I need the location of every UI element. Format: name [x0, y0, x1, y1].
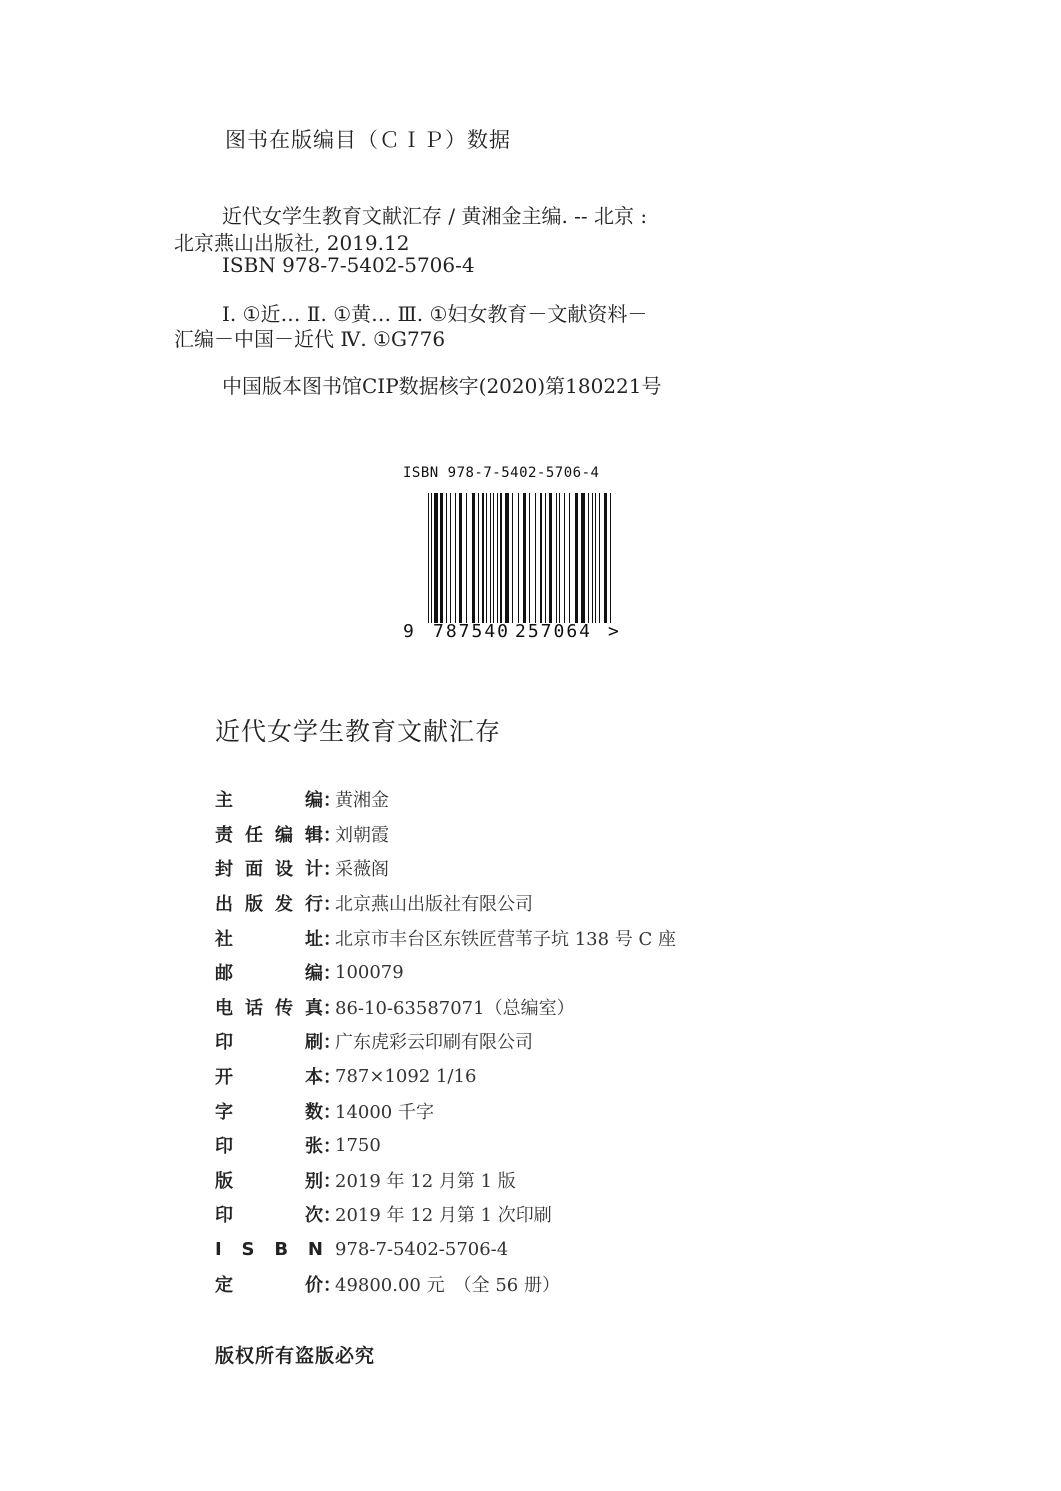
info-label: ISBN: [215, 1239, 323, 1260]
barcode-bar: [500, 493, 502, 623]
info-row: 印张：1750: [215, 1128, 676, 1163]
barcode-bar: [592, 493, 593, 623]
info-label-char: 真: [305, 994, 323, 1020]
info-row: 印刷：广东虎彩云印刷有限公司: [215, 1024, 676, 1059]
barcode-left-group: 787540: [433, 621, 510, 642]
info-value: 978-7-5402-5706-4: [335, 1239, 508, 1260]
info-value: 采薇阁: [335, 855, 389, 881]
info-label: 封面设计: [215, 855, 323, 881]
info-value: 刘朝霞: [335, 821, 389, 847]
book-title: 近代女学生教育文献汇存: [215, 712, 501, 748]
info-label: 主编: [215, 786, 323, 812]
info-value: 49800.00 元 （全 56 册）: [335, 1271, 560, 1297]
barcode-bar: [497, 493, 498, 623]
barcode-bar: [564, 493, 565, 623]
info-row: 印次：2019 年 12 月第 1 次印刷: [215, 1197, 676, 1232]
info-row: 版别：2019 年 12 月第 1 版: [215, 1163, 676, 1198]
barcode-bar: [446, 493, 447, 623]
info-label-char: 任: [245, 821, 263, 847]
info-label-char: 开: [215, 1063, 233, 1089]
info-label-char: 邮: [215, 959, 233, 985]
info-label-char: 编: [305, 959, 323, 985]
info-label-char: 编: [305, 786, 323, 812]
info-label-char: 面: [245, 855, 263, 881]
info-separator: ：: [323, 1028, 335, 1054]
info-label-char: S: [242, 1239, 255, 1260]
info-label-char: 次: [305, 1201, 323, 1227]
barcode-bar: [518, 493, 519, 623]
info-label: 邮编: [215, 959, 323, 985]
info-label-char: 责: [215, 821, 233, 847]
barcode-bar: [455, 493, 456, 623]
info-value: 黄湘金: [335, 786, 389, 812]
info-separator: ：: [323, 786, 335, 812]
info-label-char: 发: [275, 890, 293, 916]
info-row: ISBN 978-7-5402-5706-4: [215, 1232, 676, 1267]
barcode-bar: [549, 493, 552, 623]
info-separator: ：: [323, 1167, 335, 1193]
info-row: 出版发行：北京燕山出版社有限公司: [215, 886, 676, 921]
barcode-bar: [595, 493, 596, 623]
info-label-char: 印: [215, 1028, 233, 1054]
barcode-right-group: 257064: [515, 621, 592, 642]
barcode-first-digit: 9: [403, 621, 414, 642]
barcode-bar: [440, 493, 443, 623]
barcode-bar: [575, 493, 578, 623]
barcode-quiet-mark: >: [608, 621, 619, 642]
info-value: 14000 千字: [335, 1098, 434, 1124]
info-label-char: N: [308, 1239, 323, 1260]
info-label-char: 数: [305, 1098, 323, 1124]
info-label-char: 刷: [305, 1028, 323, 1054]
barcode-bar: [604, 493, 607, 623]
info-label: 印张: [215, 1132, 323, 1158]
info-value: 1750: [335, 1135, 381, 1156]
cip-heading: 图书在版编目（ＣＩＰ）数据: [225, 124, 511, 154]
barcode-bar: [450, 493, 451, 623]
barcode-bar: [493, 493, 494, 623]
barcode-bar: [482, 493, 484, 623]
barcode-isbn-text: ISBN 978-7-5402-5706-4: [403, 465, 599, 481]
info-separator: ：: [323, 1201, 335, 1227]
info-label-char: 社: [215, 925, 233, 951]
barcode-bar: [529, 493, 530, 623]
info-label: 电话传真: [215, 994, 323, 1020]
info-label: 印刷: [215, 1028, 323, 1054]
barcode-bar: [588, 493, 589, 623]
info-separator: ：: [323, 1271, 335, 1297]
barcode-bar: [545, 493, 546, 623]
isbn-barcode: ISBN 978-7-5402-5706-4 9 787540 257064 >: [403, 465, 628, 645]
info-row: 电话传真：86-10-63587071（总编室）: [215, 990, 676, 1025]
barcode-bar: [431, 493, 432, 623]
barcode-bar: [559, 493, 560, 623]
copyright-notice: 版权所有盗版必究: [215, 1341, 375, 1368]
barcode-bars: [428, 493, 613, 623]
info-separator: ：: [323, 994, 335, 1020]
info-row: 字数：14000 千字: [215, 1093, 676, 1128]
info-label-char: 主: [215, 786, 233, 812]
info-label-char: 字: [215, 1098, 233, 1124]
info-separator: ：: [323, 959, 335, 985]
barcode-bar: [599, 493, 600, 623]
info-value: 787×1092 1/16: [335, 1066, 476, 1087]
info-label-char: 传: [275, 994, 293, 1020]
barcode-bar: [428, 493, 429, 623]
info-separator: ：: [323, 821, 335, 847]
barcode-bar: [478, 493, 479, 623]
info-label: 字数: [215, 1098, 323, 1124]
info-label-char: 本: [305, 1063, 323, 1089]
barcode-bar: [540, 493, 542, 623]
info-label: 印次: [215, 1201, 323, 1227]
barcode-bar: [581, 493, 585, 623]
info-row: 邮编：100079: [215, 955, 676, 990]
info-label: 版别: [215, 1167, 323, 1193]
info-label: 社址: [215, 925, 323, 951]
info-label-char: 电: [215, 994, 233, 1020]
barcode-bar: [505, 493, 509, 623]
info-label-char: 别: [305, 1167, 323, 1193]
info-label-char: 出: [215, 890, 233, 916]
cip-line-publisher: 北京燕山出版社, 2019.12: [174, 227, 409, 256]
info-value: 北京市丰台区东铁匠营苇子坑 138 号 C 座: [335, 925, 676, 951]
info-label: 开本: [215, 1063, 323, 1089]
barcode-bar: [569, 493, 570, 623]
info-label-char: 话: [245, 994, 263, 1020]
info-label-char: 张: [305, 1132, 323, 1158]
info-label-char: 址: [305, 925, 323, 951]
info-separator: ：: [323, 925, 335, 951]
barcode-bar: [556, 493, 557, 623]
info-row: 封面设计：采薇阁: [215, 851, 676, 886]
info-label-char: 辑: [305, 821, 323, 847]
info-label-char: 设: [275, 855, 293, 881]
info-separator: ：: [323, 1132, 335, 1158]
info-separator: ：: [323, 855, 335, 881]
info-label-char: I: [215, 1239, 222, 1260]
info-separator: ：: [323, 1098, 335, 1124]
info-value: 86-10-63587071（总编室）: [335, 994, 575, 1020]
info-label-char: 版: [215, 1167, 233, 1193]
info-label-char: 价: [305, 1271, 323, 1297]
barcode-bar: [610, 493, 611, 623]
info-label: 责任编辑: [215, 821, 323, 847]
publication-info: 主编：黄湘金责任编辑：刘朝霞封面设计：采薇阁出版发行：北京燕山出版社有限公司社址…: [215, 782, 676, 1301]
info-label-char: 封: [215, 855, 233, 881]
cip-line-title: 近代女学生教育文献汇存 / 黄湘金主编. -- 北京 :: [222, 200, 647, 229]
barcode-bar: [490, 493, 491, 623]
info-value: 北京燕山出版社有限公司: [335, 890, 533, 916]
info-label-char: 行: [305, 890, 323, 916]
info-label-char: 定: [215, 1271, 233, 1297]
info-label-char: 印: [215, 1201, 233, 1227]
info-row: 责任编辑：刘朝霞: [215, 817, 676, 852]
info-separator: ：: [323, 1063, 335, 1089]
info-row: 定价：49800.00 元 （全 56 册）: [215, 1266, 676, 1301]
barcode-bar: [535, 493, 536, 623]
info-label: 出版发行: [215, 890, 323, 916]
cip-line-isbn: ISBN 978-7-5402-5706-4: [222, 253, 475, 277]
barcode-bar: [486, 493, 487, 623]
info-value: 2019 年 12 月第 1 次印刷: [335, 1201, 552, 1227]
info-label-char: 版: [245, 890, 263, 916]
info-label-char: 计: [305, 855, 323, 881]
info-label: 定价: [215, 1271, 323, 1297]
info-value: 广东虎彩云印刷有限公司: [335, 1028, 533, 1054]
info-value: 100079: [335, 962, 404, 983]
cip-line-catalog-number: 中国版本图书馆CIP数据核字(2020)第180221号: [222, 370, 662, 399]
info-label-char: B: [274, 1239, 288, 1260]
info-separator: ：: [323, 890, 335, 916]
info-value: 2019 年 12 月第 1 版: [335, 1167, 516, 1193]
barcode-bar: [472, 493, 475, 623]
info-label-char: 编: [275, 821, 293, 847]
info-row: 社址：北京市丰台区东铁匠营苇子坑 138 号 C 座: [215, 920, 676, 955]
barcode-bar: [466, 493, 467, 623]
info-row: 主编：黄湘金: [215, 782, 676, 817]
barcode-bar: [523, 493, 526, 623]
barcode-bar: [434, 493, 438, 623]
info-label-char: 印: [215, 1132, 233, 1158]
barcode-bar: [512, 493, 513, 623]
info-row: 开本：787×1092 1/16: [215, 1059, 676, 1094]
cip-line-subjects-cont: 汇编－中国－近代 Ⅳ. ①G776: [174, 323, 445, 352]
barcode-bar: [459, 493, 462, 623]
